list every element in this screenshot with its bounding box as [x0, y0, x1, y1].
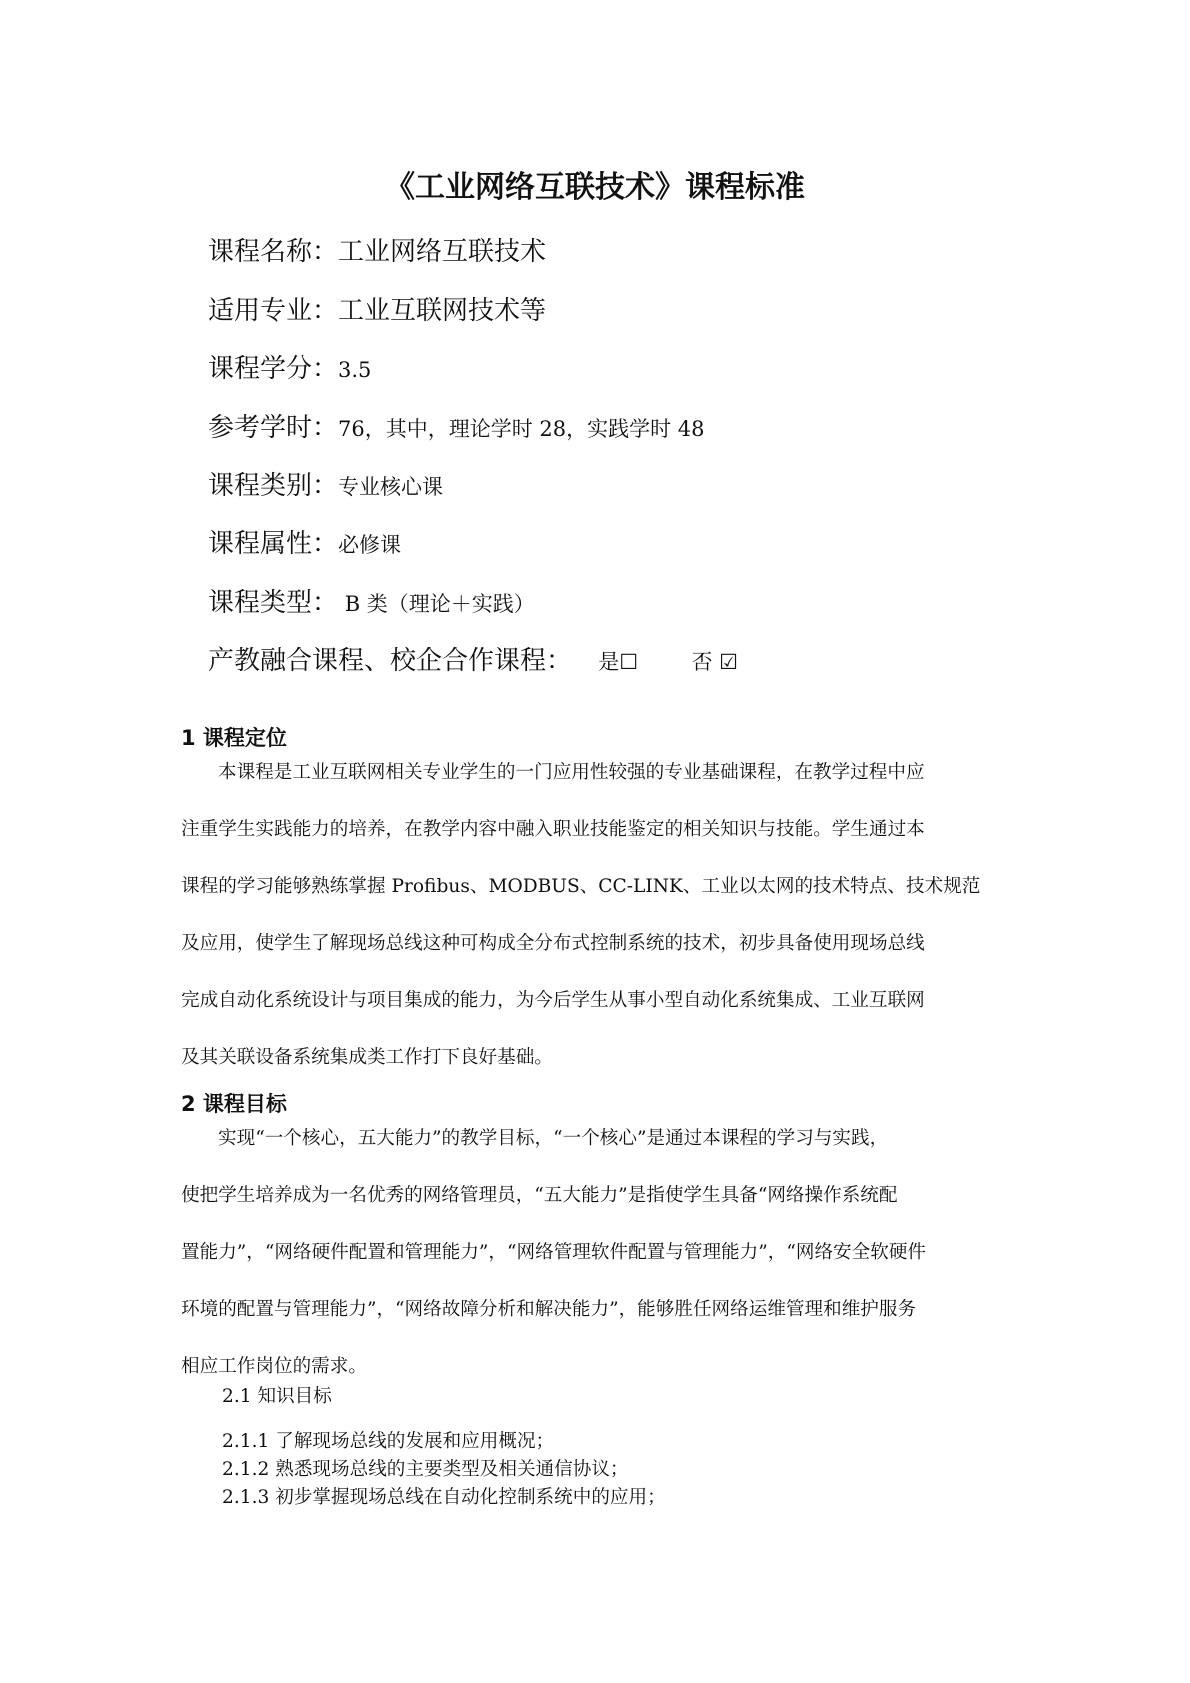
industry-course-options: 是☐ 否 ☑: [598, 650, 738, 674]
meta-value: 工业互联网技术等: [338, 296, 546, 326]
objectives-paragraph: 实现“一个核心，五大能力”的教学目标，“一个核心”是通过本课程的学习与实践， 使…: [181, 1110, 1017, 1395]
meta-industry-course: 产教融合课程、校企合作课程： 是☐ 否 ☑: [208, 643, 738, 680]
paragraph-line: 环境的配置与管理能力”，“网络故障分析和解决能力”，能够胜任网络运维管理和维护服…: [181, 1281, 1017, 1338]
meta-credits: 课程学分：3.5: [208, 351, 371, 388]
paragraph-line: 及应用，使学生了解现场总线这种可构成全分布式控制系统的技术，初步具备使用现场总线: [181, 915, 1017, 972]
meta-value: 3.5: [338, 358, 371, 382]
option-no-label: 否: [691, 650, 712, 674]
meta-value: 专业核心课: [338, 475, 443, 499]
meta-label: 课程类别：: [208, 471, 338, 501]
paragraph-line: 注重学生实践能力的培养，在教学内容中融入职业技能鉴定的相关知识与技能。学生通过本: [181, 801, 1017, 858]
meta-label: 课程类型：: [208, 588, 338, 618]
meta-attribute: 课程属性：必修课: [208, 526, 401, 563]
meta-label: 课程学分：: [208, 354, 338, 384]
meta-value: 76，其中，理论学时 28，实践学时 48: [338, 417, 705, 441]
knowledge-objectives-heading: 2.1 知识目标: [222, 1384, 332, 1410]
document-title: 《工业网络互联技术》课程标准: [0, 168, 1190, 208]
meta-label: 课程属性：: [208, 529, 338, 559]
knowledge-item: 2.1.1 了解现场总线的发展和应用概况；: [222, 1429, 554, 1455]
option-yes-label: 是: [598, 650, 619, 674]
document-page: 《工业网络互联技术》课程标准 课程名称：工业网络互联技术 适用专业：工业互联网技…: [0, 0, 1190, 1683]
meta-value: B 类（理论＋实践）: [338, 592, 535, 616]
knowledge-item: 2.1.2 熟悉现场总线的主要类型及相关通信协议；: [222, 1457, 629, 1483]
meta-value: 必修课: [338, 533, 401, 557]
meta-hours: 参考学时：76，其中，理论学时 28，实践学时 48: [208, 410, 705, 447]
paragraph-line: 实现“一个核心，五大能力”的教学目标，“一个核心”是通过本课程的学习与实践，: [181, 1110, 1017, 1167]
meta-type: 课程类型： B 类（理论＋实践）: [208, 585, 535, 622]
checkbox-yes-icon[interactable]: ☐: [619, 644, 638, 680]
paragraph-line: 本课程是工业互联网相关专业学生的一门应用性较强的专业基础课程，在教学过程中应: [181, 744, 1017, 801]
meta-value: 工业网络互联技术: [338, 237, 546, 267]
meta-label: 适用专业：: [208, 296, 338, 326]
positioning-paragraph: 本课程是工业互联网相关专业学生的一门应用性较强的专业基础课程，在教学过程中应 注…: [181, 744, 1017, 1086]
paragraph-line: 课程的学习能够熟练掌握 Profibus、MODBUS、CC-LINK、工业以太…: [181, 858, 1017, 915]
meta-applicable-major: 适用专业：工业互联网技术等: [208, 293, 546, 329]
paragraph-line: 完成自动化系统设计与项目集成的能力，为今后学生从事小型自动化系统集成、工业互联网: [181, 972, 1017, 1029]
knowledge-item: 2.1.3 初步掌握现场总线在自动化控制系统中的应用；: [222, 1485, 666, 1511]
paragraph-line: 置能力”，“网络硬件配置和管理能力”，“网络管理软件配置与管理能力”，“网络安全…: [181, 1224, 1017, 1281]
meta-label: 课程名称：: [208, 237, 338, 267]
meta-category: 课程类别：专业核心课: [208, 468, 443, 505]
paragraph-line: 及其关联设备系统集成类工作打下良好基础。: [181, 1029, 1017, 1086]
checkbox-no-checked-icon[interactable]: ☑: [719, 644, 738, 680]
meta-label: 产教融合课程、校企合作课程：: [208, 646, 572, 676]
meta-label: 参考学时：: [208, 413, 338, 443]
meta-course-name: 课程名称：工业网络互联技术: [208, 234, 546, 270]
paragraph-line: 使把学生培养成为一名优秀的网络管理员，“五大能力”是指使学生具备“网络操作系统配: [181, 1167, 1017, 1224]
